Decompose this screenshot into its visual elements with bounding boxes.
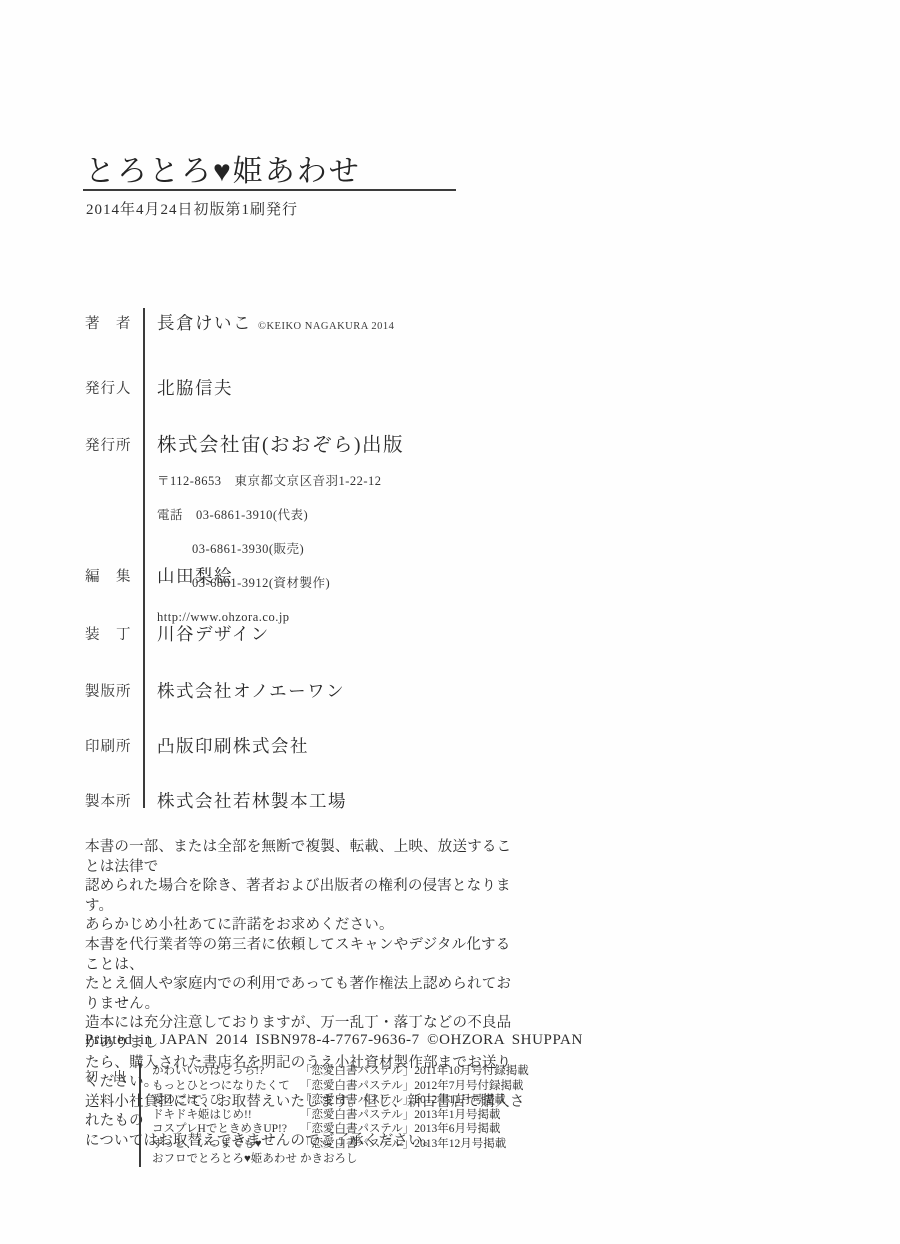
publication-source: 「恋愛白書パステル」2013年6月号掲載 bbox=[300, 1122, 500, 1137]
row-label-design: 装 丁 bbox=[85, 623, 135, 644]
colophon-divider-line bbox=[143, 308, 145, 808]
publication-title: もっとひとつになりたくて bbox=[152, 1079, 300, 1094]
publication-source: 「恋愛白書パステル」2012年11月号掲載 bbox=[300, 1093, 506, 1108]
first-publication-list: かわいいのはどっち!? 「恋愛白書パステル」2011年10月号付録掲載 もっとひ… bbox=[152, 1064, 529, 1166]
book-title: とろとろ♥姫あわせ bbox=[85, 146, 361, 190]
row-label-issuer: 発行人 bbox=[85, 377, 135, 398]
row-label-publisher: 発行所 bbox=[85, 434, 135, 455]
publication-title: かわいいのはどっち!? bbox=[152, 1064, 300, 1079]
row-value-bindery: 株式会社若林製本工場 bbox=[157, 788, 347, 813]
publication-title: おフロでとろとろ♥姫あわせ bbox=[152, 1152, 300, 1167]
row-value-design: 川谷デザイン bbox=[157, 621, 270, 646]
publisher-phone-sales: 03-6861-3930(販売) bbox=[157, 541, 382, 558]
row-label-bindery: 製本所 bbox=[85, 790, 135, 811]
publication-source: 「恋愛白書パステル」2012年7月号付録掲載 bbox=[300, 1079, 523, 1094]
publication-title: 愛のごほうび bbox=[152, 1093, 300, 1108]
row-value-plate-maker: 株式会社オノエーワン bbox=[157, 678, 345, 703]
publisher-phone-main: 電話 03-6861-3910(代表) bbox=[157, 507, 382, 524]
publication-item: もっとひとつになりたくて 「恋愛白書パステル」2012年7月号付録掲載 bbox=[152, 1079, 529, 1094]
publication-item: 愛のごほうび 「恋愛白書パステル」2012年11月号掲載 bbox=[152, 1093, 529, 1108]
publication-source: かきおろし bbox=[300, 1152, 358, 1167]
author-copyright: ©KEIKO NAGAKURA 2014 bbox=[258, 321, 394, 332]
publication-source: 「恋愛白書パステル」2013年1月号掲載 bbox=[300, 1108, 500, 1123]
publisher-details: 〒112-8653 東京都文京区音羽1-22-12 電話 03-6861-391… bbox=[157, 456, 382, 643]
first-publication-label: 初 出 bbox=[85, 1066, 127, 1085]
row-label-printer: 印刷所 bbox=[85, 735, 135, 756]
isbn-line: Printed in JAPAN 2014 ISBN978-4-7767-963… bbox=[85, 1032, 583, 1049]
publisher-address: 〒112-8653 東京都文京区音羽1-22-12 bbox=[157, 473, 382, 490]
publication-title: コスプレHでときめきUP!? bbox=[152, 1122, 300, 1137]
row-value-editor: 山田梨絵 bbox=[157, 563, 233, 588]
publication-title: ずっと、いつまでも♥ bbox=[152, 1137, 300, 1152]
publication-item: かわいいのはどっち!? 「恋愛白書パステル」2011年10月号付録掲載 bbox=[152, 1064, 529, 1079]
publication-item: ずっと、いつまでも♥ 「恋愛白書パステル」2013年12月号掲載 bbox=[152, 1137, 529, 1152]
title-underline bbox=[83, 189, 456, 191]
row-value-publisher: 株式会社宙(おおぞら)出版 bbox=[157, 429, 404, 457]
row-value-issuer: 北脇信夫 bbox=[157, 375, 233, 400]
first-publication-divider bbox=[139, 1063, 141, 1167]
publication-source: 「恋愛白書パステル」2011年10月号付録掲載 bbox=[300, 1064, 529, 1079]
row-label-author: 著 者 bbox=[85, 312, 135, 333]
publication-item: おフロでとろとろ♥姫あわせ かきおろし bbox=[152, 1152, 529, 1167]
author-name: 長倉けいこ bbox=[157, 313, 252, 333]
publication-title: ドキドキ姫はじめ!! bbox=[152, 1108, 300, 1123]
row-value-printer: 凸版印刷株式会社 bbox=[157, 733, 309, 758]
colophon-page: とろとろ♥姫あわせ 2014年4月24日初版第1刷発行 著 者 長倉けいこ©KE… bbox=[0, 0, 900, 1244]
publication-source: 「恋愛白書パステル」2013年12月号掲載 bbox=[300, 1137, 506, 1152]
publication-item: コスプレHでときめきUP!? 「恋愛白書パステル」2013年6月号掲載 bbox=[152, 1122, 529, 1137]
row-label-editor: 編 集 bbox=[85, 565, 135, 586]
row-value-author: 長倉けいこ©KEIKO NAGAKURA 2014 bbox=[157, 310, 394, 335]
publication-item: ドキドキ姫はじめ!! 「恋愛白書パステル」2013年1月号掲載 bbox=[152, 1108, 529, 1123]
print-date: 2014年4月24日初版第1刷発行 bbox=[86, 198, 298, 219]
row-label-plate-maker: 製版所 bbox=[85, 680, 135, 701]
